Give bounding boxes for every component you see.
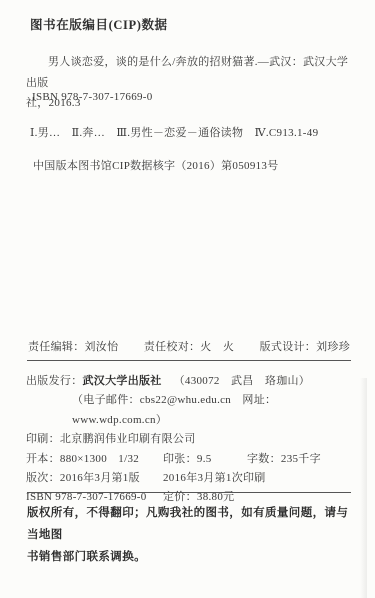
- edition-info: 版次：2016年3月第1版: [26, 469, 163, 488]
- printer-line: 印刷：北京鹏润伟业印刷有限公司: [26, 430, 358, 449]
- printer-label: 印刷：: [26, 430, 60, 449]
- scan-edge-shadow: [360, 378, 367, 598]
- format-sheets-label: 印张：: [163, 453, 197, 465]
- editor-item: 责任编辑：刘汝怡: [28, 338, 118, 354]
- publisher-contact: （电子邮件：cbs22@whu.edu.cn 网址：www.wdp.com.cn…: [26, 391, 358, 430]
- proofreader-label: 责任校对：: [144, 341, 201, 353]
- editor-name: 刘汝怡: [85, 341, 119, 353]
- editor-label: 责任编辑：: [28, 341, 85, 353]
- proofreader-item: 责任校对：火 火: [144, 338, 234, 354]
- publisher-name: 武汉大学出版社: [83, 372, 162, 391]
- designer-name: 刘珍珍: [316, 341, 350, 353]
- copyright-notice: 版权所有，不得翻印；凡购我社的图书，如有质量问题，请与当地图 书销售部门联系调换…: [27, 502, 357, 568]
- printing-run: 2016年3月第1次印刷: [163, 469, 266, 488]
- format-size-value: 880×1300 1/32: [60, 453, 139, 465]
- format-sheets-value: 9.5: [197, 453, 212, 465]
- staff-row: 责任编辑：刘汝怡 责任校对：火 火 版式设计：刘珍珍: [28, 338, 350, 354]
- format-size-label: 开本：: [26, 453, 60, 465]
- publisher-line: 出版发行：武汉大学出版社（430072 武昌 珞珈山）: [26, 372, 358, 391]
- proofreader-name: 火 火: [200, 341, 234, 353]
- designer-label: 版式设计：: [260, 341, 317, 353]
- publisher-label: 出版发行：: [26, 372, 83, 391]
- format-wordcount: 字数：235千字: [247, 450, 321, 469]
- publication-block: 出版发行：武汉大学出版社（430072 武昌 珞珈山） （电子邮件：cbs22@…: [26, 372, 358, 508]
- book-copyright-page: 图书在版编目(CIP)数据 男人谈恋爱，谈的是什么/奔放的招财猫著.—武汉：武汉…: [0, 0, 375, 598]
- format-size: 开本：880×1300 1/32: [26, 450, 163, 469]
- edition-line: 版次：2016年3月第1版 2016年3月第1次印刷: [26, 469, 358, 488]
- format-sheets: 印张：9.5: [163, 450, 247, 469]
- format-line: 开本：880×1300 1/32 印张：9.5 字数：235千字: [26, 450, 358, 469]
- cip-entry-line1: 男人谈恋爱，谈的是什么/奔放的招财猫著.—武汉：武汉大学出版: [26, 52, 356, 93]
- publisher-address: （430072 武昌 珞珈山）: [174, 372, 311, 391]
- divider-bottom: [27, 492, 351, 493]
- edition-value: 2016年3月第1版: [60, 472, 140, 484]
- cip-classification: Ⅰ.男… Ⅱ.奔… Ⅲ.男性－恋爱－通俗读物 Ⅳ.C913.1-49: [30, 124, 360, 140]
- copyright-notice-line1: 版权所有，不得翻印；凡购我社的图书，如有质量问题，请与当地图: [27, 502, 357, 546]
- printer-company: 北京鹏润伟业印刷有限公司: [60, 430, 196, 449]
- cip-record-number: 中国版本图书馆CIP数据核字（2016）第050913号: [33, 157, 279, 173]
- cip-header: 图书在版编目(CIP)数据: [30, 15, 168, 33]
- divider-top: [27, 360, 351, 361]
- cip-isbn: ISBN 978-7-307-17669-0: [32, 91, 153, 103]
- edition-label: 版次：: [26, 472, 60, 484]
- format-wordcount-label: 字数：: [247, 453, 281, 465]
- format-wordcount-value: 235千字: [281, 453, 321, 465]
- copyright-notice-line2: 书销售部门联系调换。: [27, 546, 357, 568]
- cip-entry: 男人谈恋爱，谈的是什么/奔放的招财猫著.—武汉：武汉大学出版 社，2016.3: [26, 52, 356, 114]
- designer-item: 版式设计：刘珍珍: [260, 338, 350, 354]
